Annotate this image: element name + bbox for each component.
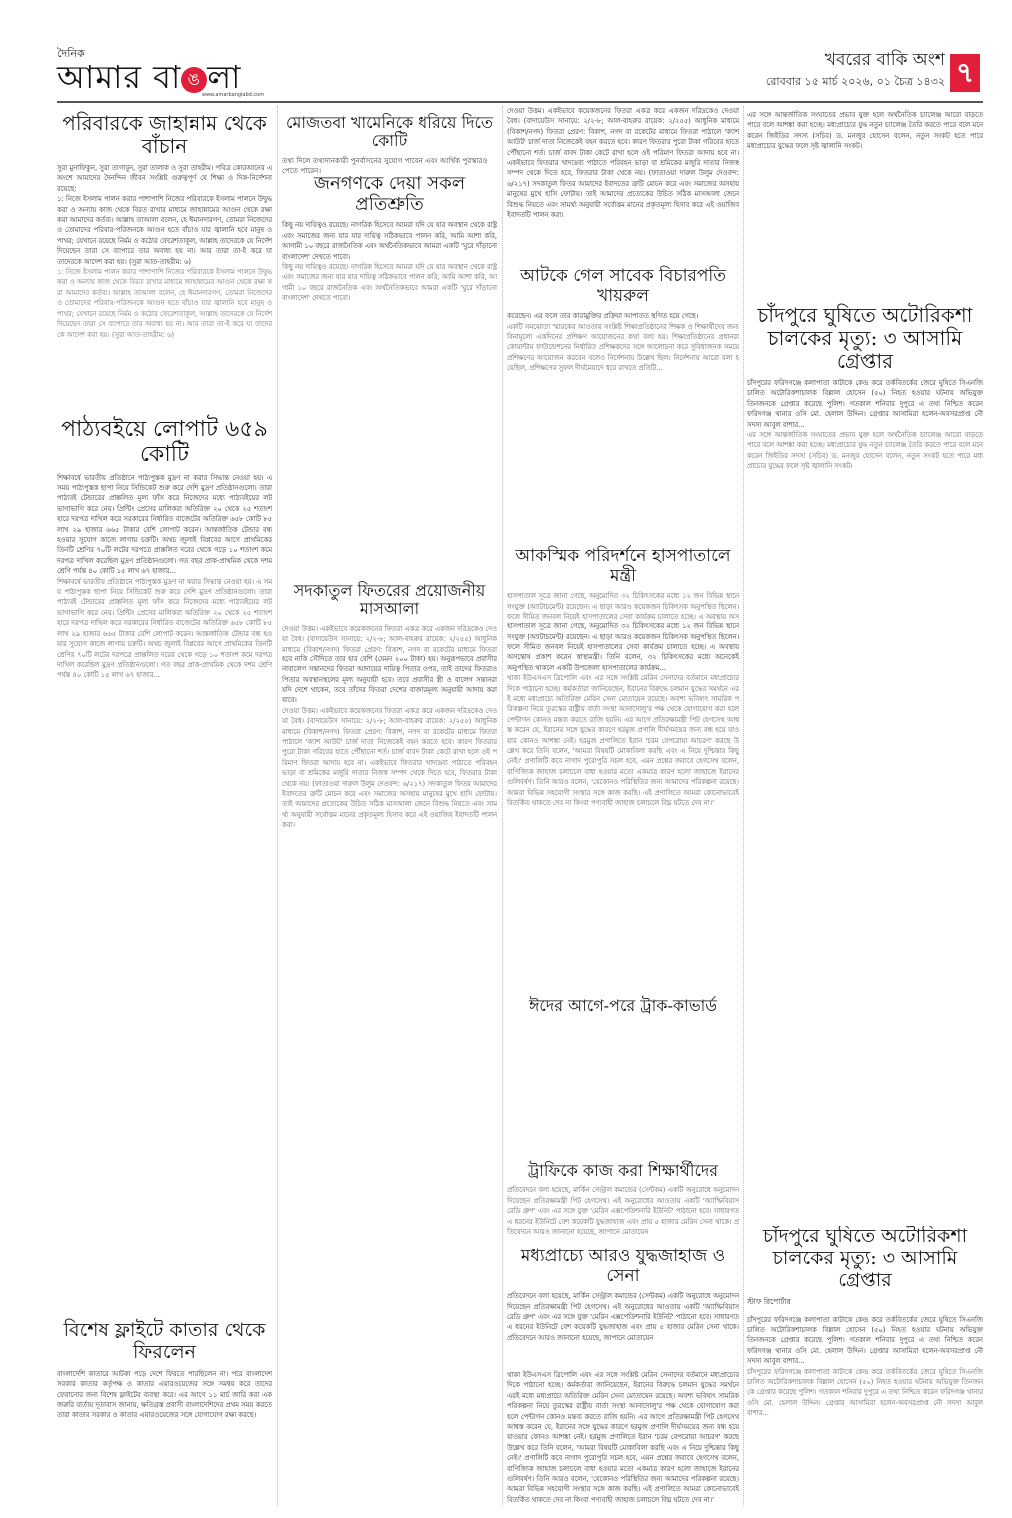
headline[interactable]: ট্রাফিকে কাজ করা শিক্ষার্থীদের — [507, 1162, 739, 1180]
article-justice-khairul: আটকে গেল সাবেক বিচারপতি খায়রুল করেছেন। … — [507, 261, 739, 552]
column-1: পরিবারকে জাহান্নাম থেকে বাঁচান সুরা মুনা… — [57, 106, 272, 1506]
article-chandpur: চাঁদপুরে ঘুষিতে অটোরিকশা চালকের মৃত্যু: … — [747, 1226, 983, 1506]
article-body: হাসপাতাল সূত্রে জানা গেছে, অনুমোদিত ৩২ চ… — [507, 621, 739, 673]
article-body-continued: এর সঙ্গে আন্তর্জাতিক সংঘাতের প্রভাব যুক্… — [747, 430, 983, 1090]
headline[interactable]: সদকাতুল ফিতরের প্রয়োজনীয় মাসআলা — [282, 582, 497, 619]
website-url[interactable]: www.amarbanglabd.com — [202, 92, 264, 98]
article-body-continued: কিছু নয় দায়িত্বও রয়েছে। নাগরিক হিসেবে… — [282, 262, 497, 592]
article-textbook-loot: পাঠ্যবইয়ে লোপাট ৬৫৯ কোটি শিক্ষাবর্ষে ভা… — [57, 411, 272, 1297]
article-body: এর সঙ্গে আন্তর্জাতিক সংঘাতের প্রভাব যুক্… — [747, 110, 983, 152]
headline[interactable]: ঈদের আগে-পরে ট্রাক-কাভার্ড — [507, 997, 739, 1015]
section-title: খবরের বাকি অংশ — [766, 50, 945, 70]
article-body: করেছেন। এর ফলে তার কারামুক্তির প্রক্রিয়… — [507, 311, 739, 321]
headline[interactable]: মোজতবা খামেনিকে ধরিয়ে দিতে কোটি — [282, 114, 497, 151]
headline[interactable]: চাঁদপুরে ঘুষিতে অটোরিকশা চালকের মৃত্যু: … — [747, 1226, 983, 1292]
article-fitra-masala: সদকাতুল ফিতরের প্রয়োজনীয় মাসআলা দেওয়া… — [282, 576, 497, 1506]
headline[interactable]: আটকে গেল সাবেক বিচারপতি খায়রুল — [507, 267, 739, 306]
article-traffic-students: মধ্যপ্রাচ্যে আরও যুদ্ধজাহাজ ও সেনা প্রতি… — [507, 1241, 739, 1343]
article-middle-east-warships: থাকা ইউএসএস ত্রিপোলি এবং এর সঙ্গে সংশ্লি… — [507, 1364, 739, 1505]
article-body: থাকা ইউএসএস ত্রিপোলি এবং এর সঙ্গে সংশ্লি… — [507, 1370, 739, 1505]
article-body: দেওয়া উত্তম। একইভাবে কয়েকজনের ফিতরা এক… — [507, 106, 739, 220]
article-body: চাঁদপুরের ফরিদগঞ্জে কলাপাতা কাটাকে কেন্দ… — [747, 1315, 983, 1367]
article-hospital-visit: আকস্মিক পরিদর্শনে হাসপাতালে মন্ত্রী হাসপ… — [507, 541, 739, 963]
section-header: খবরের বাকি অংশ রোববার ১৫ মার্চ ২০২৬, ০১ … — [766, 50, 945, 92]
headline[interactable]: মধ্যপ্রাচ্যে আরও যুদ্ধজাহাজ ও সেনা — [507, 1247, 739, 1286]
article-fitra-continued: দেওয়া উত্তম। একইভাবে কয়েকজনের ফিতরা এক… — [507, 106, 739, 220]
headline[interactable]: বিশেষ ফ্লাইটে কাতার থেকে ফিরলেন — [57, 1320, 272, 1364]
article-body-continued: শিক্ষাবর্ষে ভারতীয় প্রতিষ্ঠানে পাঠ্যপুস… — [57, 577, 272, 1297]
date-line: রোববার ১৫ মার্চ ২০২৬, ০১ চৈত্র ১৪৩২ — [766, 73, 945, 92]
column-divider — [277, 106, 278, 1506]
page-number-badge: ৭ — [950, 54, 980, 92]
article-body-continued — [507, 1020, 739, 1050]
article-body: ১: নিজে ইসলাম পালন করার পাশাপাশি নিজের প… — [57, 194, 272, 267]
paper-name: আমার বাঙলা — [57, 60, 264, 94]
logo-red-mark-icon: ঙ — [181, 67, 207, 93]
column-divider — [743, 106, 744, 1506]
headline[interactable]: জনগণকে দেয়া সকল প্রতিশ্রুতি — [282, 174, 497, 215]
column-divider — [502, 106, 503, 1506]
article-body: শিক্ষাবর্ষে ভারতীয় প্রতিষ্ঠানে পাঠ্যপুস… — [57, 473, 272, 577]
article-body-continued: দেওয়া উত্তম। একইভাবে কয়েকজনের ফিতরা এক… — [282, 706, 497, 1506]
article-body-lead: দেওয়া উত্তম। একইভাবে কয়েকজনের ফিতরা এক… — [282, 624, 497, 654]
article-body: বাংলাদেশি কাতারে আটকা পড়ে দেশে ফিরতে পা… — [57, 1369, 272, 1421]
article-eid-track: ট্রাফিকে কাজ করা শিক্ষার্থীদের প্রতিবেদন… — [507, 1156, 739, 1240]
article-body-continued: চাঁদপুরের ফরিদগঞ্জে কলাপাতা কাটাকে কেন্দ… — [747, 1367, 983, 1477]
article-body: কিছু নয় দায়িত্বও রয়েছে। নাগরিক হিসেবে… — [282, 220, 497, 262]
headline[interactable]: চাঁদপুরে ঘুষিতে অটোরিকশা চালকের মৃত্যু: … — [747, 304, 983, 373]
article-body: প্রতিবেদনে বলা হয়েছে, মার্কিন সেন্ট্রাল… — [507, 1185, 739, 1240]
newspaper-logo[interactable]: দৈনিক আমার বাঙলা www.amarbanglabd.com — [57, 48, 264, 98]
article-body-continued: একটি সমঝোতা স্মারকের আওতায় সংশ্লিষ্ট শি… — [507, 322, 739, 552]
headline[interactable]: আকস্মিক পরিদর্শনে হাসপাতালে মন্ত্রী — [507, 547, 739, 586]
header-divider — [57, 101, 983, 103]
article-qatar-flight: বিশেষ ফ্লাইটে কাতার থেকে ফিরলেন বাংলাদেশ… — [57, 1314, 272, 1421]
article-promises-to-people: জনগণকে দেয়া সকল প্রতিশ্রুতি কিছু নয় দা… — [282, 168, 497, 592]
article-body: প্রতিবেদনে বলা হয়েছে, মার্কিন সেন্ট্রাল… — [507, 1291, 739, 1343]
masthead: দৈনিক আমার বাঙলা www.amarbanglabd.com খব… — [0, 0, 1012, 100]
headline[interactable]: পরিবারকে জাহান্নাম থেকে বাঁচান — [57, 112, 272, 158]
article-quantum-foundation: ঈদের আগে-পরে ট্রাক-কাভার্ড — [507, 991, 739, 1050]
byline: স্টাফ রিপোর্টার — [747, 1297, 983, 1309]
article-iran-marines-continued: এর সঙ্গে আন্তর্জাতিক সংঘাতের প্রভাব যুক্… — [747, 110, 983, 152]
article-body: চাঁদপুরের ফরিদগঞ্জে কলাপাতা কাটাকে কেন্দ… — [747, 378, 983, 430]
article-war-economy-risk: চাঁদপুরে ঘুষিতে অটোরিকশা চালকের মৃত্যু: … — [747, 298, 983, 1090]
article-body: হবে নাকি সৌদিতে তার হার বেশি (যেমন ২০০ ট… — [282, 654, 497, 706]
headline[interactable]: পাঠ্যবইয়ে লোপাট ৬৫৯ কোটি — [57, 417, 272, 468]
article-family-hell: পরিবারকে জাহান্নাম থেকে বাঁচান সুরা মুনা… — [57, 106, 272, 437]
article-body-continued: থাকা ইউএসএস ত্রিপোলি এবং এর সঙ্গে সংশ্লি… — [507, 673, 739, 963]
article-lead: সুরা মুনাফিকুন, সুরা তাগাবুন, সুরা তালাক… — [57, 163, 272, 194]
column-2: মোজতবা খামেনিকে ধরিয়ে দিতে কোটি তথ্য দি… — [282, 106, 497, 1506]
column-3: দেওয়া উত্তম। একইভাবে কয়েকজনের ফিতরা এক… — [507, 106, 739, 1506]
article-body-lead: হাসপাতাল সূত্রে জানা গেছে, অনুমোদিত ৩২ চ… — [507, 591, 739, 621]
